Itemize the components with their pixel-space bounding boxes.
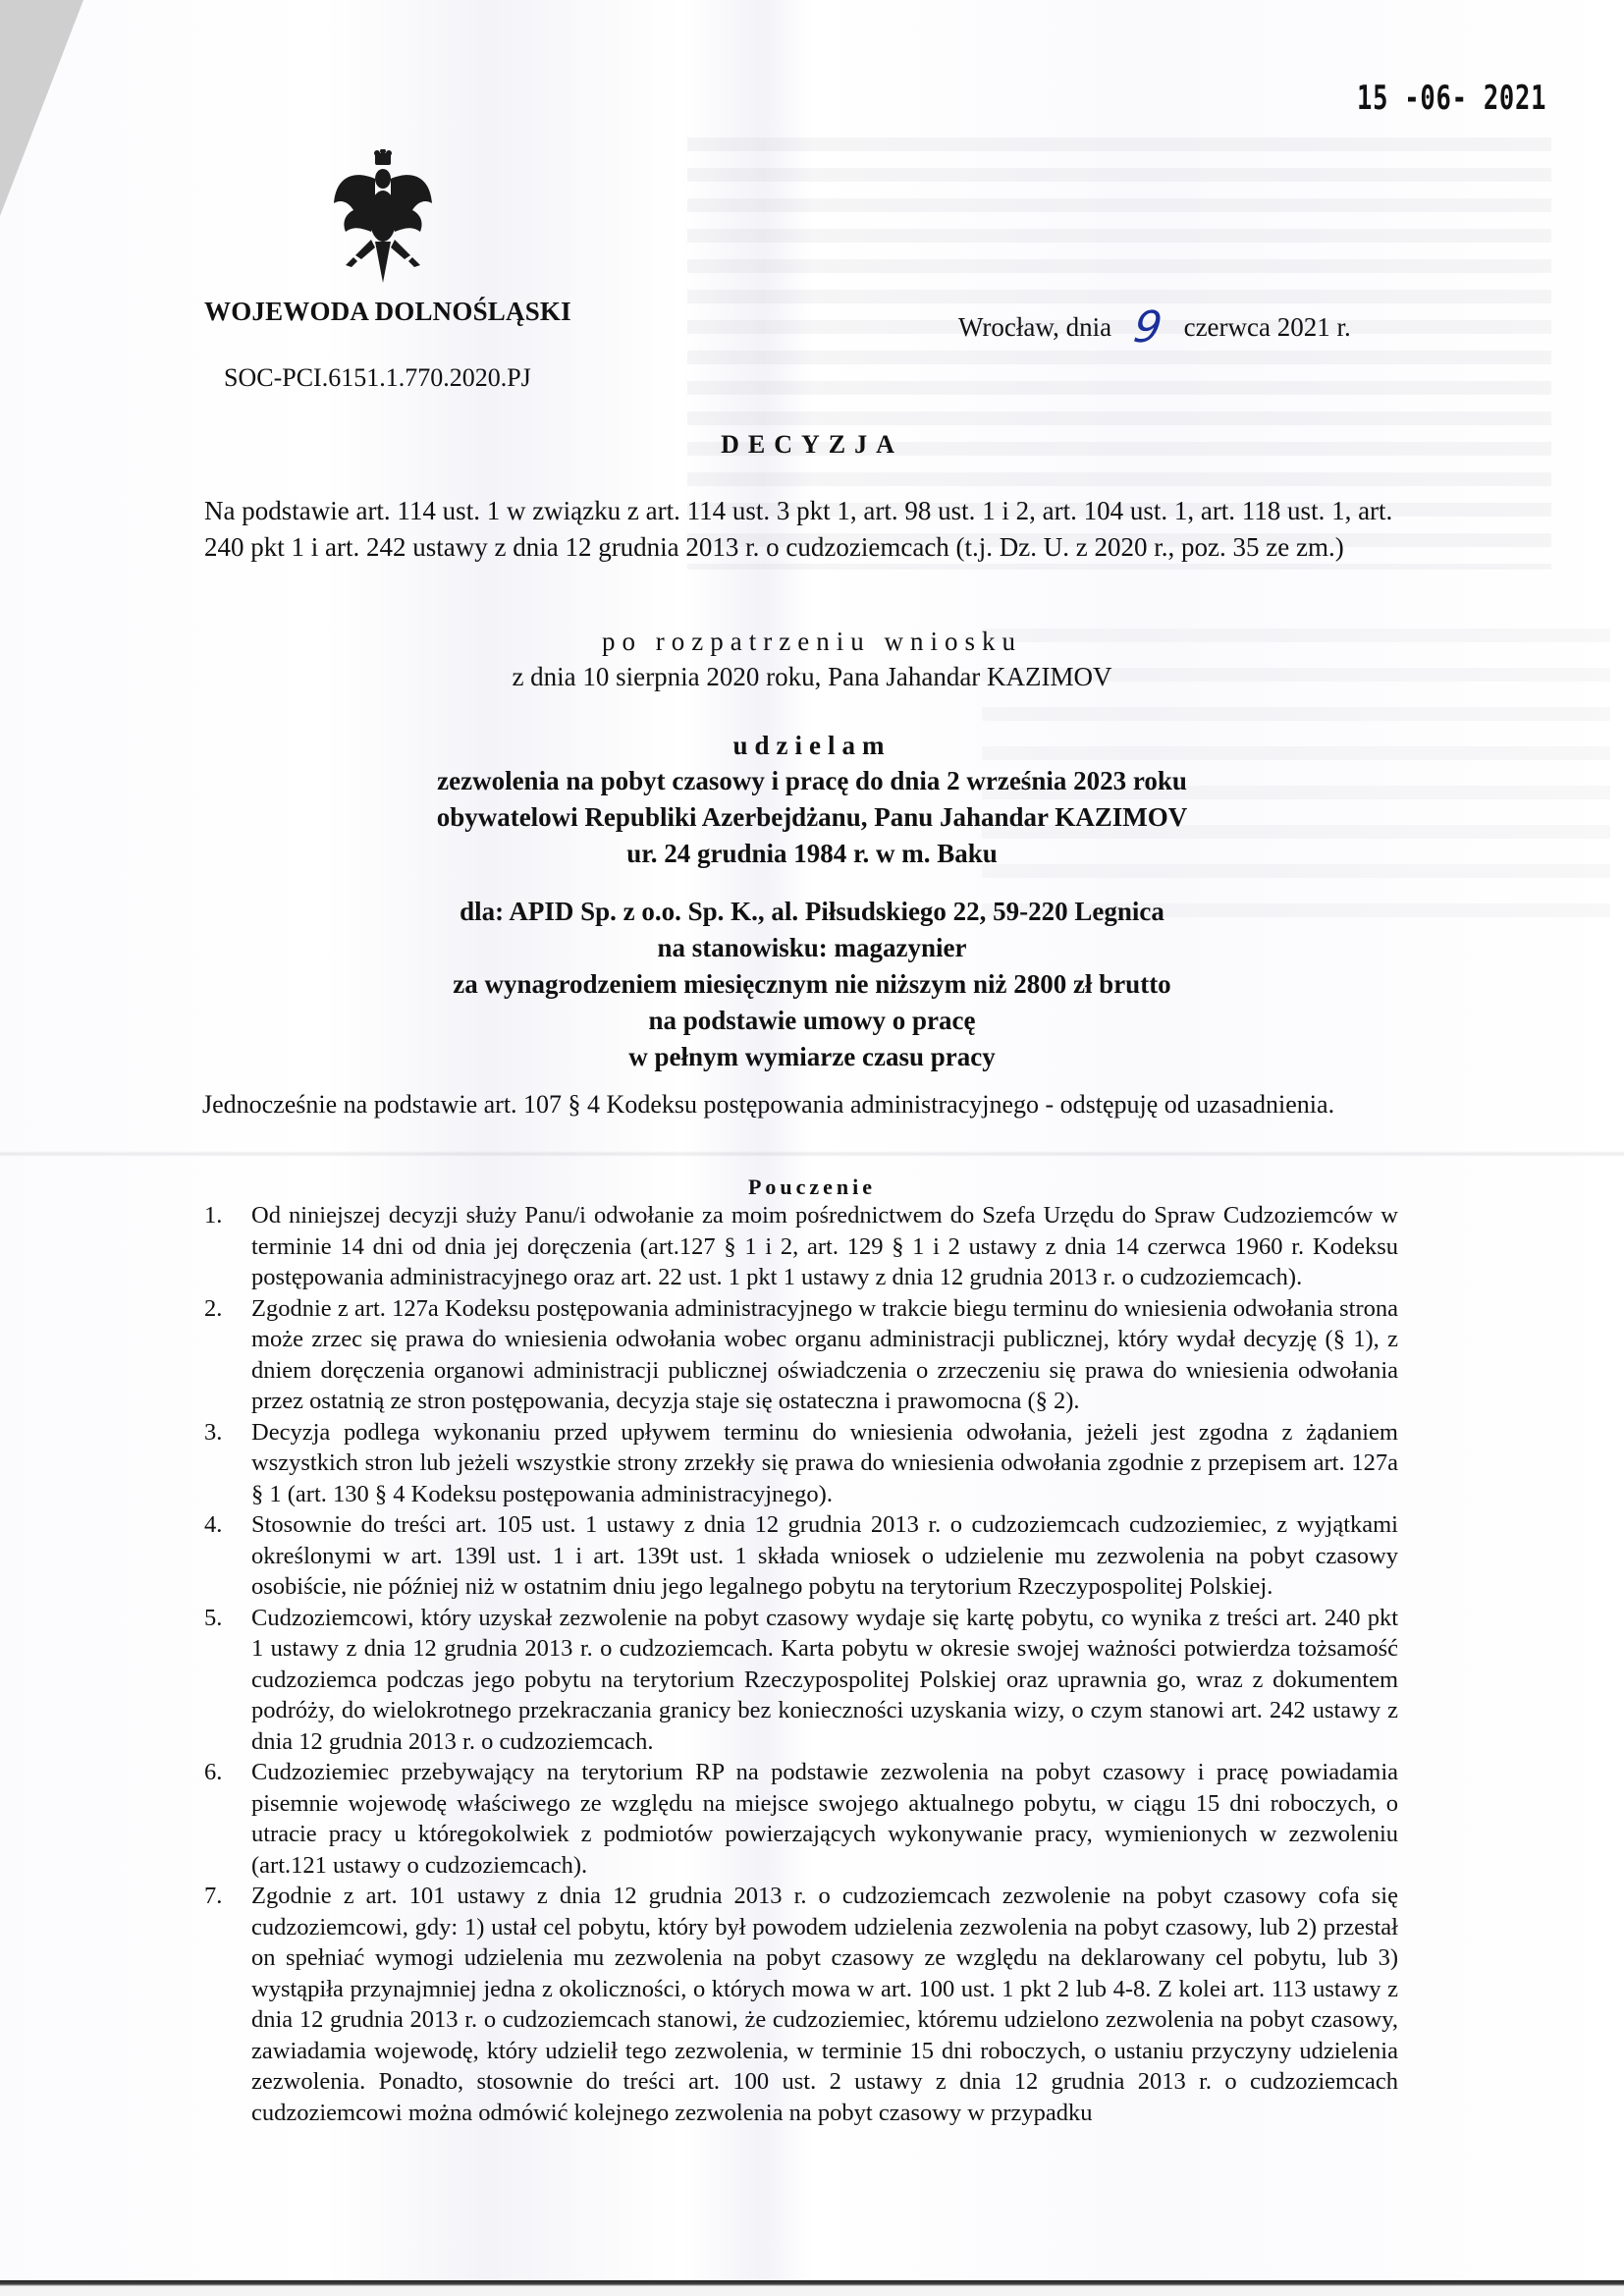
instructions-title: Pouczenie bbox=[0, 1175, 1624, 1200]
polish-eagle-emblem-icon bbox=[332, 149, 434, 287]
justification-waiver: Jednocześnie na podstawie art. 107 § 4 K… bbox=[202, 1090, 1334, 1120]
employment-line: w pełnym wymiarze czasu pracy bbox=[0, 1039, 1624, 1075]
scan-bottom-edge bbox=[0, 2280, 1624, 2296]
instruction-item: 4.Stosownie do treści art. 105 ust. 1 us… bbox=[251, 1509, 1398, 1603]
instruction-item: 3.Decyzja podlega wykonaniu przed upływe… bbox=[251, 1417, 1398, 1510]
place-date-suffix: czerwca 2021 r. bbox=[1184, 312, 1351, 342]
handwritten-day: 9 bbox=[1114, 302, 1180, 353]
scan-corner-shadow bbox=[0, 0, 83, 216]
instruction-item: 7.Zgodnie z art. 101 ustawy z dnia 12 gr… bbox=[251, 1881, 1398, 2128]
grant-section: udzielam zezwolenia na pobyt czasowy i p… bbox=[0, 731, 1624, 872]
grant-line: obywatelowi Republiki Azerbejdżanu, Panu… bbox=[0, 799, 1624, 836]
document-title: DECYZJA bbox=[0, 430, 1624, 460]
issuer-title: WOJEWODA DOLNOŚLĄSKI bbox=[204, 297, 571, 327]
instruction-item: 6.Cudzoziemiec przebywający na terytoriu… bbox=[251, 1757, 1398, 1881]
instruction-item: 1.Od niniejszej decyzji służy Panu/i odw… bbox=[251, 1200, 1398, 1293]
grant-heading: udzielam bbox=[0, 731, 1624, 761]
employment-line: dla: APID Sp. z o.o. Sp. K., al. Piłsuds… bbox=[0, 894, 1624, 930]
instruction-item: 5.Cudzoziemcowi, który uzyskał zezwoleni… bbox=[251, 1603, 1398, 1758]
employment-line: na stanowisku: magazynier bbox=[0, 930, 1624, 966]
application-heading: po rozpatrzeniu wniosku bbox=[0, 627, 1624, 657]
employment-line: na podstawie umowy o pracę bbox=[0, 1003, 1624, 1039]
application-details: z dnia 10 sierpnia 2020 roku, Pana Jahan… bbox=[0, 659, 1624, 695]
application-section: po rozpatrzeniu wniosku z dnia 10 sierpn… bbox=[0, 627, 1624, 695]
grant-line: ur. 24 grudnia 1984 r. w m. Baku bbox=[0, 836, 1624, 872]
place-and-date: Wrocław, dnia 9 czerwca 2021 r. bbox=[958, 297, 1351, 347]
scanned-page: 15 -06- 2021 WOJEWODA DOLNOŚLĄSKI Wrocła… bbox=[0, 0, 1624, 2296]
place-date-prefix: Wrocław, dnia bbox=[958, 312, 1111, 342]
legal-basis-paragraph: Na podstawie art. 114 ust. 1 w związku z… bbox=[204, 493, 1402, 566]
instructions-list: 1.Od niniejszej decyzji służy Panu/i odw… bbox=[251, 1200, 1398, 2128]
grant-line: zezwolenia na pobyt czasowy i pracę do d… bbox=[0, 763, 1624, 799]
reference-number: SOC-PCI.6151.1.770.2020.PJ bbox=[224, 363, 531, 393]
instruction-item: 2.Zgodnie z art. 127a Kodeksu postępowan… bbox=[251, 1293, 1398, 1417]
employment-line: za wynagrodzeniem miesięcznym nie niższy… bbox=[0, 966, 1624, 1003]
employment-section: dla: APID Sp. z o.o. Sp. K., al. Piłsuds… bbox=[0, 894, 1624, 1075]
fold-line bbox=[0, 1151, 1624, 1157]
received-date-stamp: 15 -06- 2021 bbox=[1357, 79, 1546, 118]
